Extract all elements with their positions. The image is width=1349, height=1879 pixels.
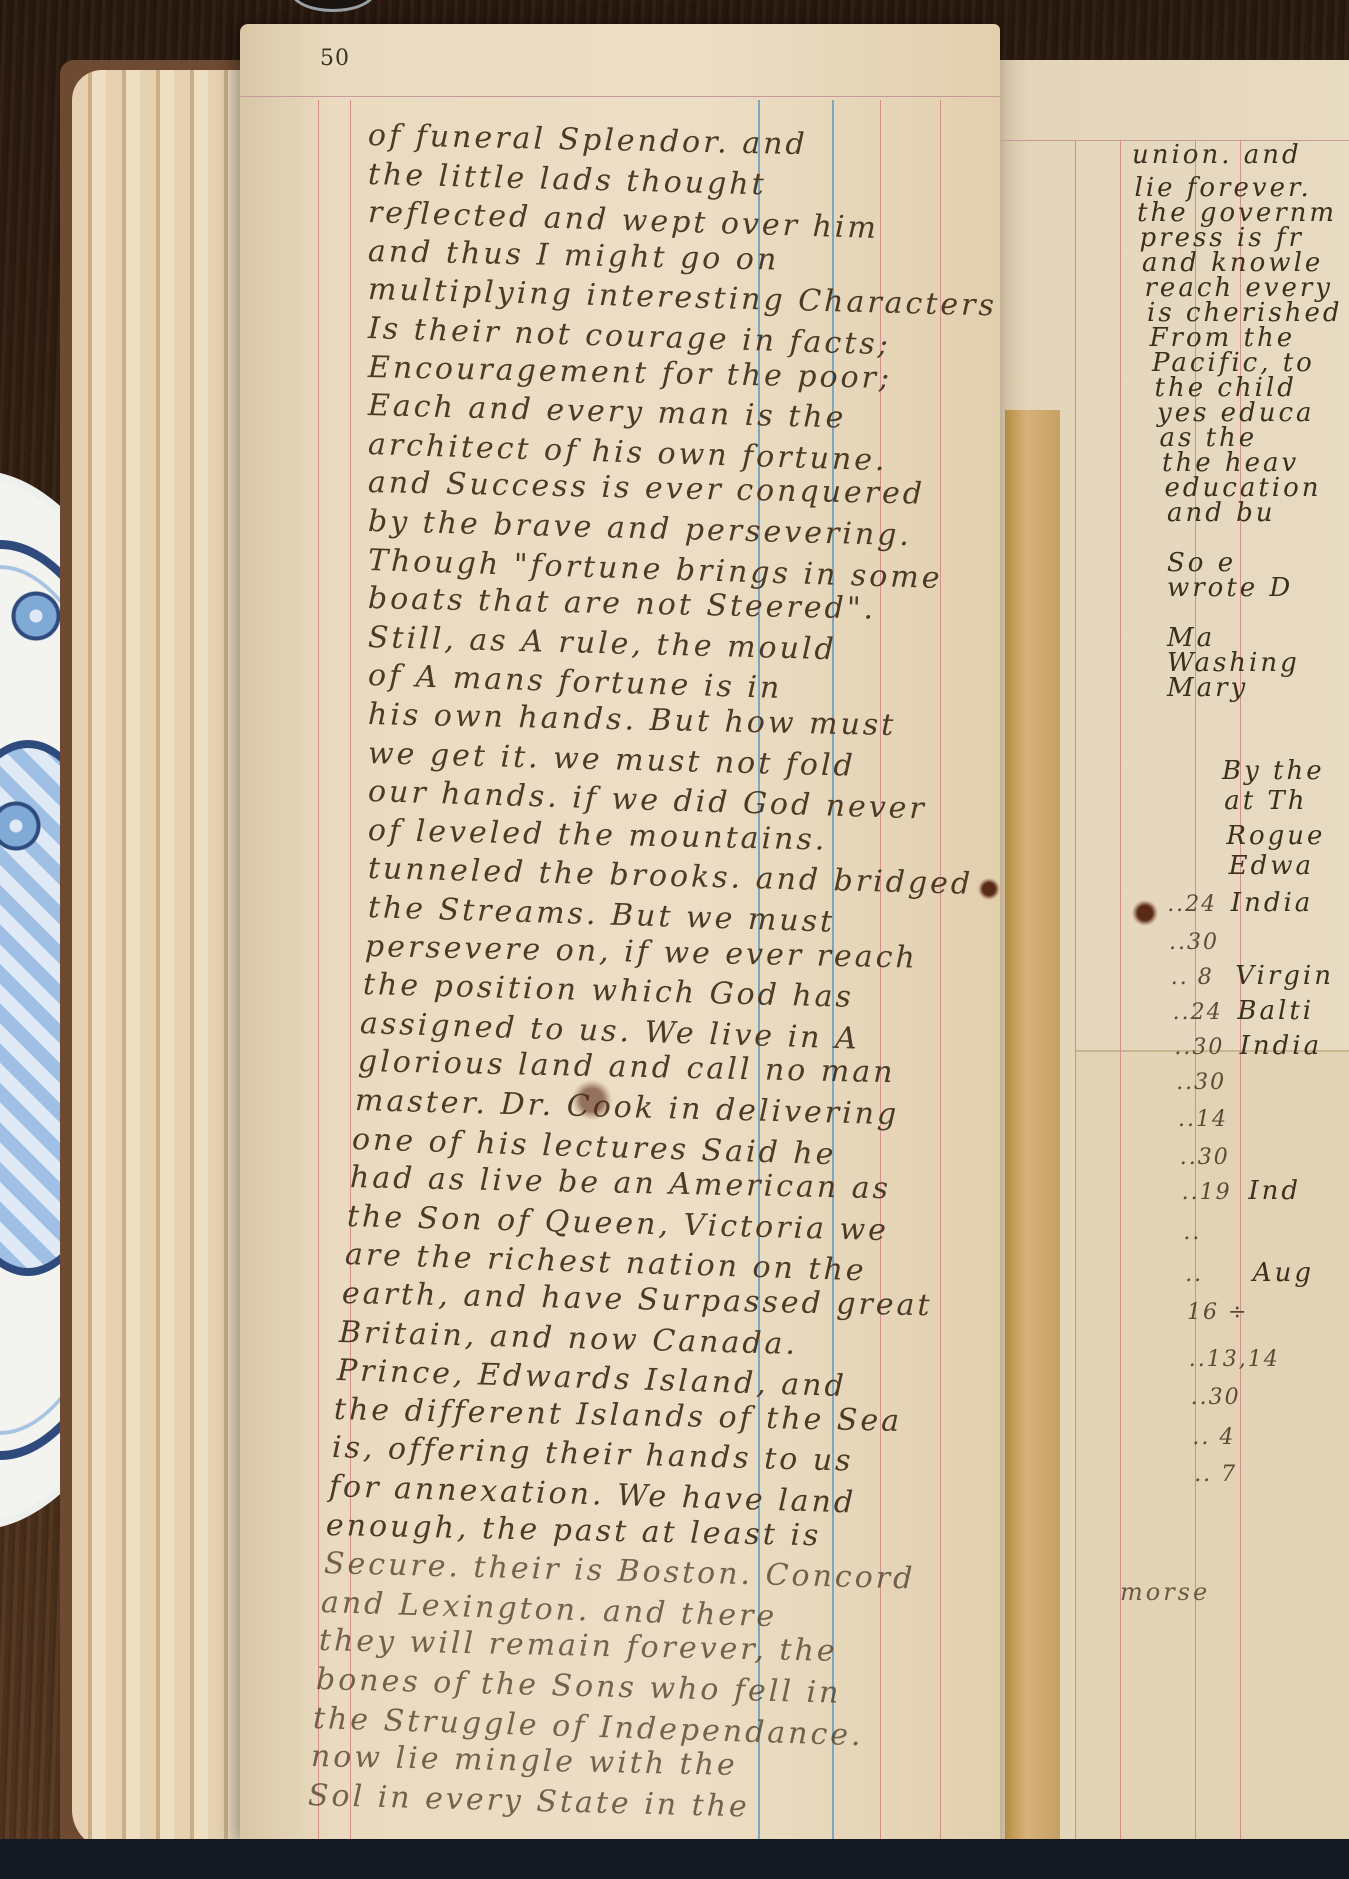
table-edge-shadow: [0, 1839, 1349, 1879]
ledger-date: ..30: [1176, 1070, 1226, 1095]
ledger-date: .. 4: [1192, 1425, 1235, 1450]
ledger-date: ..: [1185, 1262, 1203, 1287]
handwritten-line: wrote D: [1167, 573, 1293, 603]
ledger-date: ..30: [1174, 1035, 1224, 1060]
ledger-entry: India: [1240, 1031, 1322, 1061]
handwritten-line: union. and: [1132, 140, 1302, 170]
ledger-date: ..24: [1173, 1000, 1223, 1025]
ledger-date: ..19: [1182, 1180, 1232, 1205]
ledger-date: ..30: [1169, 930, 1219, 955]
ledger-date: ..14: [1178, 1107, 1228, 1132]
ledger-entry: Ind: [1248, 1176, 1301, 1206]
ledger-date: ..24: [1167, 892, 1217, 917]
ledger-date: .. 8: [1171, 965, 1214, 990]
ledger-entry: at Th: [1224, 786, 1307, 816]
ledger-entry: Balti: [1237, 996, 1314, 1026]
ledger-entry: By the: [1222, 756, 1325, 786]
binding-tape: [1005, 410, 1060, 1850]
header-rule: [240, 96, 1000, 97]
flower-motif-icon: [10, 590, 62, 642]
ledger-date: ..30: [1180, 1145, 1230, 1170]
ledger-entry: Rogue: [1226, 821, 1325, 851]
ledger-date: ..30: [1191, 1385, 1241, 1410]
page-number: 50: [320, 46, 350, 71]
ledger-entry: Virgin: [1235, 961, 1334, 991]
ledger-entry: India: [1231, 888, 1313, 918]
ledger-date: ..: [1183, 1220, 1201, 1245]
handwritten-line: and bu: [1167, 498, 1276, 528]
handwritten-line: Mary: [1167, 673, 1248, 703]
ledger-entry: Aug: [1253, 1258, 1314, 1288]
ledger-date: .. 7: [1194, 1462, 1237, 1487]
margin-rule-red: [1075, 140, 1076, 1850]
ink-stain: [572, 1080, 612, 1120]
ledger-date: 16 ÷: [1187, 1300, 1248, 1325]
margin-rule-red: [318, 100, 319, 1840]
right-page-lower-leaf: [1075, 1050, 1349, 1852]
ink-stain: [1132, 900, 1158, 926]
ink-stain: [978, 878, 1000, 900]
ledger-date: ..13,14: [1189, 1347, 1280, 1372]
margin-fragment: morse: [1120, 1578, 1210, 1606]
column-rule-red: [940, 100, 941, 1840]
ledger-entry: Edwa: [1229, 851, 1314, 881]
